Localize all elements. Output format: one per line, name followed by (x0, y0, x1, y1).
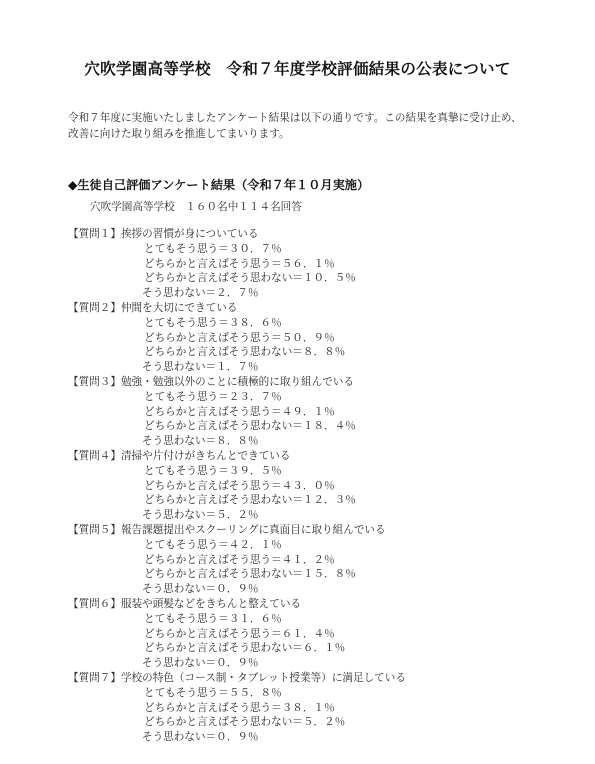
answer-strongly-agree: とてもそう思う＝３１．６％ (68, 612, 568, 627)
answer-strongly-agree: とてもそう思う＝５５．８％ (68, 686, 568, 701)
survey-results: 【質問１】挨拶の習慣が身についている とてもそう思う＝３０．７％ どちらかと言え… (68, 227, 568, 745)
question-block-4: 【質問４】清掃や片付けがきちんとできている とてもそう思う＝３９．５％ どちらか… (68, 449, 568, 523)
answer-strongly-disagree: そう思わない＝１．７％ (68, 360, 568, 375)
question-text: 勉強・勉強以外のことに積極的に取り組んでいる (121, 376, 354, 388)
question-text: 報告課題提出やスクーリングに真面目に取り組んでいる (121, 524, 386, 536)
answer-disagree: どちらかと言えばそう思わない＝１８．４％ (68, 419, 568, 434)
respondent-count: 穴吹学園高等学校 １６０名中１１４名回答 (90, 199, 302, 214)
answer-strongly-agree: とてもそう思う＝３８．６％ (68, 316, 568, 331)
question-text: 服装や頭髪などをきちんと整えている (121, 598, 301, 610)
question-heading: 【質問２】仲間を大切にできている (68, 301, 568, 316)
answer-strongly-agree: とてもそう思う＝３９．５％ (68, 464, 568, 479)
question-block-7: 【質問７】学校の特色（コース制・タブレット授業等）に満足している とてもそう思う… (68, 671, 568, 745)
answer-agree: どちらかと言えばそう思う＝４１．２％ (68, 553, 568, 568)
page-title: 穴吹学園高等学校 令和７年度学校評価結果の公表について (0, 57, 595, 79)
intro-paragraph: 令和７年度に実施いたしましたアンケート結果は以下の通りです。この結果を真摯に受け… (68, 110, 558, 142)
answer-disagree: どちらかと言えばそう思わない＝１２．３％ (68, 493, 568, 508)
answer-agree: どちらかと言えばそう思う＝４９．１％ (68, 405, 568, 420)
question-block-5: 【質問５】報告課題提出やスクーリングに真面目に取り組んでいる とてもそう思う＝４… (68, 523, 568, 597)
question-label: 【質問４】 (68, 450, 121, 462)
question-heading: 【質問１】挨拶の習慣が身についている (68, 227, 568, 242)
answer-disagree: どちらかと言えばそう思わない＝１０．５％ (68, 271, 568, 286)
intro-line-2: 改善に向けた取り組みを推進してまいります。 (68, 126, 558, 142)
answer-agree: どちらかと言えばそう思う＝５０．９％ (68, 331, 568, 346)
answer-strongly-agree: とてもそう思う＝２３．７％ (68, 390, 568, 405)
question-label: 【質問１】 (68, 228, 121, 240)
answer-agree: どちらかと言えばそう思う＝６１．４％ (68, 627, 568, 642)
answer-strongly-agree: とてもそう思う＝４２．１％ (68, 538, 568, 553)
question-label: 【質問７】 (68, 672, 121, 684)
answer-strongly-disagree: そう思わない＝２．７％ (68, 286, 568, 301)
question-label: 【質問２】 (68, 302, 121, 314)
intro-line-1: 令和７年度に実施いたしましたアンケート結果は以下の通りです。この結果を真摯に受け… (68, 110, 558, 126)
answer-disagree: どちらかと言えばそう思わない＝５．２％ (68, 715, 568, 730)
question-heading: 【質問３】勉強・勉強以外のことに積極的に取り組んでいる (68, 375, 568, 390)
answer-strongly-agree: とてもそう思う＝３０．７％ (68, 242, 568, 257)
question-block-2: 【質問２】仲間を大切にできている とてもそう思う＝３８．６％ どちらかと言えばそ… (68, 301, 568, 375)
answer-strongly-disagree: そう思わない＝０．９％ (68, 656, 568, 671)
question-label: 【質問５】 (68, 524, 121, 536)
answer-agree: どちらかと言えばそう思う＝５６．１％ (68, 257, 568, 272)
question-block-6: 【質問６】服装や頭髪などをきちんと整えている とてもそう思う＝３１．６％ どちら… (68, 597, 568, 671)
answer-strongly-disagree: そう思わない＝０．９％ (68, 582, 568, 597)
question-text: 清掃や片付けがきちんとできている (121, 450, 291, 462)
answer-strongly-disagree: そう思わない＝８．８％ (68, 434, 568, 449)
answer-agree: どちらかと言えばそう思う＝３８．１％ (68, 701, 568, 716)
answer-disagree: どちらかと言えばそう思わない＝８．８％ (68, 345, 568, 360)
question-heading: 【質問５】報告課題提出やスクーリングに真面目に取り組んでいる (68, 523, 568, 538)
question-block-1: 【質問１】挨拶の習慣が身についている とてもそう思う＝３０．７％ どちらかと言え… (68, 227, 568, 301)
question-text: 学校の特色（コース制・タブレット授業等）に満足している (121, 672, 406, 684)
answer-disagree: どちらかと言えばそう思わない＝６．１％ (68, 641, 568, 656)
question-text: 仲間を大切にできている (121, 302, 238, 314)
section-heading: ◆生徒自己評価アンケート結果（令和７年１０月実施） (68, 176, 369, 193)
question-heading: 【質問７】学校の特色（コース制・タブレット授業等）に満足している (68, 671, 568, 686)
question-heading: 【質問６】服装や頭髪などをきちんと整えている (68, 597, 568, 612)
answer-strongly-disagree: そう思わない＝０．９％ (68, 730, 568, 745)
question-label: 【質問３】 (68, 376, 121, 388)
question-block-3: 【質問３】勉強・勉強以外のことに積極的に取り組んでいる とてもそう思う＝２３．７… (68, 375, 568, 449)
question-label: 【質問６】 (68, 598, 121, 610)
question-heading: 【質問４】清掃や片付けがきちんとできている (68, 449, 568, 464)
answer-strongly-disagree: そう思わない＝５．２％ (68, 508, 568, 523)
answer-disagree: どちらかと言えばそう思わない＝１５．８％ (68, 567, 568, 582)
question-text: 挨拶の習慣が身についている (121, 228, 259, 240)
answer-agree: どちらかと言えばそう思う＝４３．０％ (68, 479, 568, 494)
